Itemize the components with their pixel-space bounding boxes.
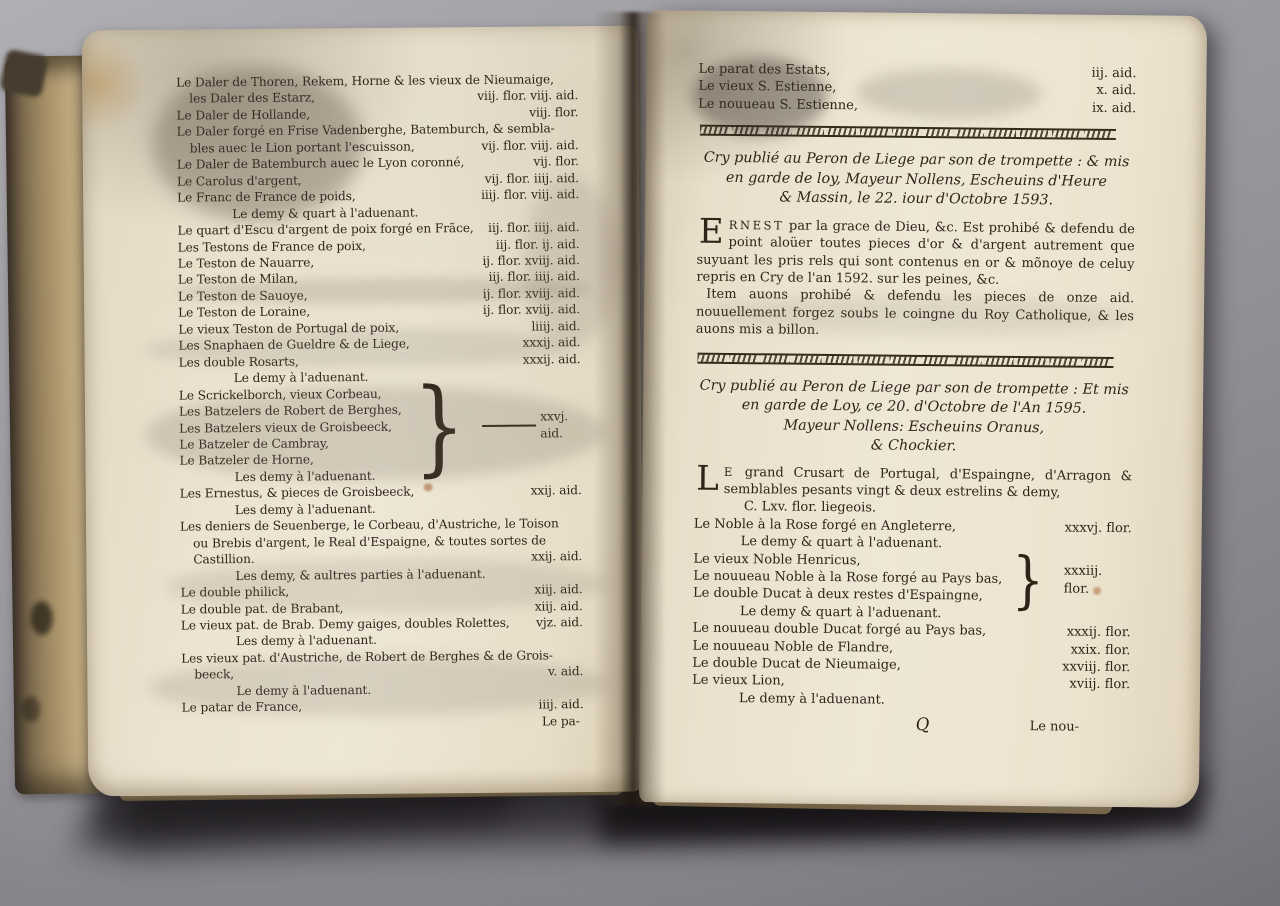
coin-value: v. aid. bbox=[548, 663, 583, 680]
coin-label: les Daler des Estarz, bbox=[189, 90, 315, 108]
coin-value: liiij. aid. bbox=[531, 318, 580, 335]
coin-value: x. aid. bbox=[1096, 82, 1136, 100]
ornament-band bbox=[700, 125, 1116, 140]
coin-label: Les Snaphaen de Gueldre & de Liege, bbox=[178, 336, 409, 354]
small-caps: E bbox=[724, 464, 735, 478]
coin-label: Le Teston de Loraine, bbox=[178, 304, 310, 322]
price-row: Le nouueau S. Estienne,ix. aid. bbox=[698, 95, 1136, 117]
coin-label: Le Scrickelborch, vieux Corbeau, bbox=[179, 385, 402, 403]
right-page-text: Le parat des Estats,iij. aid. Le vieux S… bbox=[692, 61, 1137, 737]
coin-value: xiij. aid. bbox=[534, 581, 582, 598]
price-row-note: Le demy à l'aduenant. bbox=[692, 689, 1130, 711]
coin-label: Le vieux Lion, bbox=[692, 672, 785, 690]
catchword: Le pa- bbox=[542, 714, 580, 728]
coin-label: Le Batzeler de Cambray, bbox=[179, 435, 402, 453]
price-row: bles auec le Lion portant l'escuisson,vi… bbox=[177, 137, 579, 157]
ornament-band bbox=[697, 352, 1113, 367]
coin-label: Le nouueau S. Estienne, bbox=[698, 95, 858, 114]
coin-label: Le double pat. de Brabant, bbox=[181, 600, 344, 618]
coin-value: iij. flor. iiij. aid. bbox=[489, 269, 580, 286]
brace-icon: } bbox=[1012, 554, 1044, 606]
note-label: Le demy & quart à l'aduenant. bbox=[232, 204, 418, 222]
coin-label: Le vieux pat. de Brab. Demy gaiges, doub… bbox=[181, 615, 510, 634]
spine-wear-spot bbox=[30, 601, 52, 635]
proclamation-heading-1593: Cry publié au Peron de Liege par son de … bbox=[697, 149, 1136, 212]
coin-label: Le Teston de Milan, bbox=[178, 271, 298, 289]
coin-value: ix. aid. bbox=[1092, 100, 1136, 118]
book-photo: Le Daler de Thoren, Rekem, Horne & les v… bbox=[0, 0, 1280, 906]
decree-text: grand Crusart de Portugal, d'Espaingne, … bbox=[724, 465, 1133, 501]
note-label: Le demy & quart à l'aduenant. bbox=[740, 603, 942, 623]
brace-labels: Le vieux Noble Henricus, Le nouueau Nobl… bbox=[693, 550, 1003, 605]
coin-label: Les Ernestus, & pieces de Groisbeeck, bbox=[180, 484, 415, 502]
coin-value: vij. flor. iiij. aid. bbox=[485, 170, 579, 187]
coin-label: Les Testons de France de poix, bbox=[177, 238, 365, 256]
coin-label: Les Batzelers de Robert de Berghes, bbox=[179, 402, 402, 420]
coin-label: Le Batzeler de Horne, bbox=[179, 451, 402, 469]
decree-paragraph: ERNEST par la grace de Dieu, &c. Est pro… bbox=[696, 216, 1135, 290]
coin-label: ou Brebis d'argent, le Real d'Espaigne, … bbox=[193, 532, 546, 552]
coin-label: Le Teston de Sauoye, bbox=[178, 287, 308, 305]
note-label: Les demy à l'aduenant. bbox=[235, 501, 376, 519]
brace-dash bbox=[482, 424, 536, 426]
coin-label: Les Batzelers vieux de Groisbeeck, bbox=[179, 418, 402, 436]
coin-value: xxij. aid. bbox=[531, 482, 582, 499]
price-row: Le Teston de Loraine,ij. flor. xviij. ai… bbox=[178, 301, 580, 321]
catchword: Le nou- bbox=[1030, 718, 1080, 736]
coin-value: iij. flor. ij. aid. bbox=[496, 236, 580, 253]
coin-value: C. Lxv. flor. liegeois. bbox=[744, 499, 876, 518]
coin-label: Le Teston de Nauarre, bbox=[178, 254, 315, 272]
left-page: Le Daler de Thoren, Rekem, Horne & les v… bbox=[82, 26, 645, 797]
coin-value: xxxiij. flor. bbox=[1064, 563, 1132, 599]
coin-label: Le Franc de France de poids, bbox=[177, 188, 356, 206]
coin-value: iij. aid. bbox=[1091, 65, 1136, 83]
coin-label: Le double Ducat de Nieumaige, bbox=[692, 655, 901, 675]
coin-value: xxviij. flor. bbox=[1062, 659, 1130, 677]
spine-headcap bbox=[0, 49, 49, 98]
price-row: Le Franc de France de poids,iiij. flor. … bbox=[177, 186, 579, 206]
price-row: ou Brebis d'argent, le Real d'Espaigne, … bbox=[180, 532, 582, 552]
coin-value: viij. flor. bbox=[529, 104, 578, 121]
coin-value: xxxij. aid. bbox=[523, 351, 581, 368]
coin-value: xxvj. aid. bbox=[540, 408, 581, 441]
decree-paragraph: Item auons prohibé & defendu les pieces … bbox=[696, 286, 1135, 343]
proclamation-heading-1595: Cry publié au Peron de Liege par son de … bbox=[695, 376, 1134, 459]
coin-label: Le parat des Estats, bbox=[698, 61, 830, 80]
coin-value: xxxij. flor. bbox=[1067, 624, 1131, 642]
coin-value: vij. flor. viij. aid. bbox=[481, 137, 578, 154]
coin-label: Le vieux S. Estienne, bbox=[698, 78, 836, 97]
drop-cap: E bbox=[697, 216, 729, 245]
coin-value: xviij. flor. bbox=[1069, 676, 1130, 694]
coin-label: Le Carolus d'argent, bbox=[177, 172, 302, 190]
left-page-text: Le Daler de Thoren, Rekem, Horne & les v… bbox=[176, 71, 584, 733]
coin-value: vjz. aid. bbox=[536, 614, 583, 631]
coin-value: iiij. aid. bbox=[538, 696, 583, 713]
decree-text: Item auons prohibé & defendu les pieces … bbox=[696, 287, 1134, 338]
note-label: Le demy à l'aduenant. bbox=[234, 369, 369, 387]
note-label: Le demy & quart à l'aduenant. bbox=[741, 533, 943, 553]
coin-label: Le Daler de Batemburch auec le Lyon coro… bbox=[177, 154, 465, 173]
coin-label: Le patar de France, bbox=[182, 699, 303, 717]
note-label: Le demy à l'aduenant. bbox=[739, 690, 885, 709]
coin-label: Le double philick, bbox=[181, 584, 290, 601]
coin-label: Les double Rosarts, bbox=[178, 353, 298, 371]
page-footer: Q Le nou- bbox=[692, 715, 1130, 737]
coin-label: Le vieux Teston de Portugal de poix, bbox=[178, 319, 399, 337]
brace-group: Le Scrickelborch, vieux Corbeau, Les Bat… bbox=[179, 384, 582, 470]
coin-value: vij. flor. bbox=[533, 153, 579, 170]
coin-label: Le Noble à la Rose forgé en Angleterre, bbox=[694, 515, 956, 535]
coin-label: beeck, bbox=[194, 666, 234, 683]
coin-value: xxxij. aid. bbox=[523, 334, 581, 351]
right-page: Le parat des Estats,iij. aid. Le vieux S… bbox=[639, 10, 1207, 808]
coin-label: bles auec le Lion portant l'escuisson, bbox=[190, 138, 415, 156]
coin-label: Le quart d'Escu d'argent de poix forgé e… bbox=[177, 220, 473, 239]
coin-label: Le nouueau Noble de Flandre, bbox=[692, 637, 893, 657]
coin-value: ij. flor. xviij. aid. bbox=[483, 301, 580, 318]
decree-paragraph: LE grand Crusart de Portugal, d'Espaingn… bbox=[694, 463, 1132, 502]
price-row: les Daler des Estarz,viij. flor. viij. a… bbox=[176, 88, 578, 108]
brace-icon: } bbox=[413, 385, 465, 467]
coin-label: Castillion. bbox=[193, 551, 254, 568]
coin-value: iij. flor. iiij. aid. bbox=[488, 219, 579, 236]
note-label: Les demy, & aultres parties à l'aduenant… bbox=[235, 566, 485, 585]
coin-value: ij. flor. xviij. aid. bbox=[483, 285, 580, 302]
coin-value: ij. flor. xviij. aid. bbox=[482, 252, 579, 269]
drop-cap: L bbox=[694, 463, 724, 492]
coin-label: Les vieux pat. d'Austriche, de Robert de… bbox=[181, 647, 553, 667]
heading-line: & Chockier. bbox=[695, 435, 1133, 459]
brace-group: Le vieux Noble Henricus, Le nouueau Nobl… bbox=[693, 550, 1132, 607]
coin-value: viij. flor. viij. aid. bbox=[477, 88, 578, 105]
signature-mark: Q bbox=[915, 717, 931, 736]
coin-value: xiij. aid. bbox=[535, 598, 583, 615]
note-label: Les demy à l'aduenant. bbox=[235, 468, 376, 486]
catchword-row: Le pa- bbox=[182, 713, 584, 733]
coin-value: xxij. aid. bbox=[531, 548, 582, 565]
note-label: Le demy à l'aduenant. bbox=[236, 682, 371, 700]
coin-value: xxix. flor. bbox=[1071, 641, 1131, 659]
small-caps: RNEST bbox=[729, 218, 785, 233]
brace-labels: Le Scrickelborch, vieux Corbeau, Les Bat… bbox=[179, 385, 402, 469]
spine-wear-spot bbox=[22, 696, 40, 722]
note-label: Les demy à l'aduenant. bbox=[236, 632, 377, 650]
coin-label: Le Daler de Hollande, bbox=[176, 106, 310, 124]
price-row: Les vieux pat. d'Austriche, de Robert de… bbox=[181, 647, 583, 667]
coin-value: xxxvj. flor. bbox=[1065, 519, 1132, 537]
coin-value: iiij. flor. viij. aid. bbox=[481, 186, 579, 203]
